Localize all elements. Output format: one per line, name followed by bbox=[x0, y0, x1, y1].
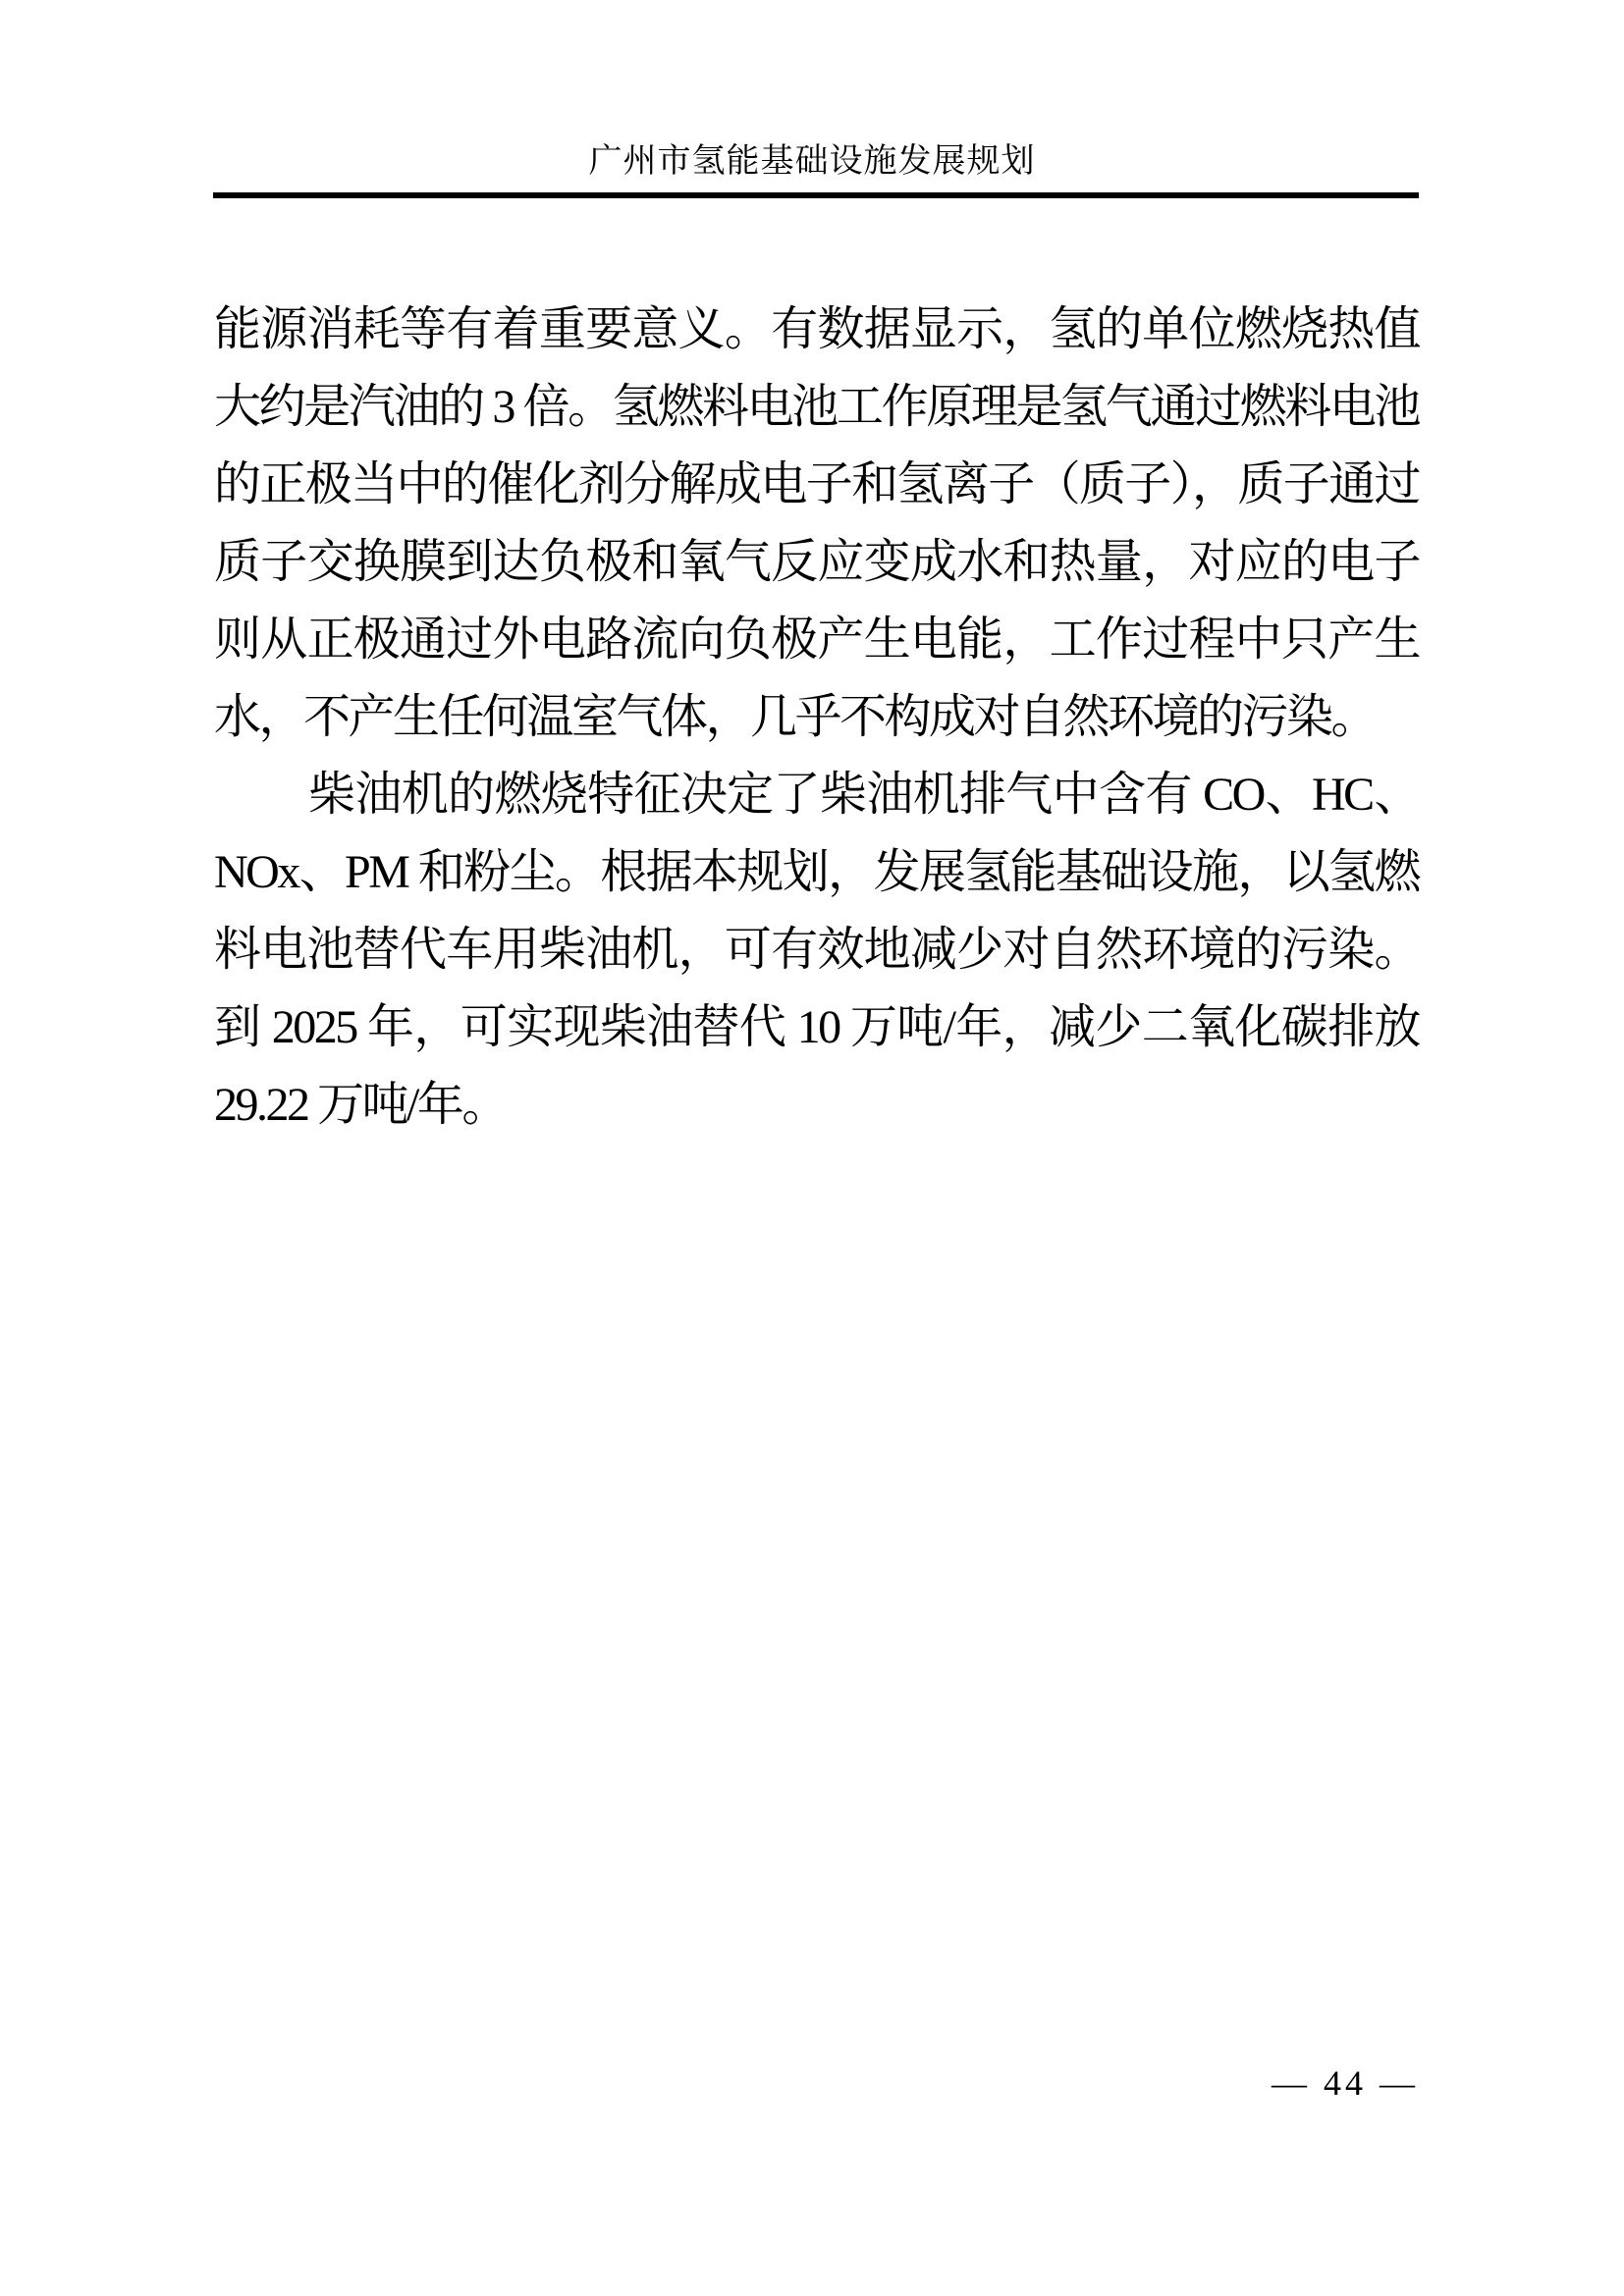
paragraph-diesel-replacement: 柴油机的燃烧特征决定了柴油机排气中含有 CO、HC、NOx、PM 和粉尘。根据本… bbox=[214, 756, 1419, 1144]
page-header: 广州市氢能基础设施发展规划 bbox=[0, 0, 1624, 198]
page-body: 能源消耗等有着重要意义。有数据显示，氢的单位燃烧热值大约是汽油的 3 倍。氢燃料… bbox=[214, 291, 1419, 1144]
header-rule bbox=[213, 192, 1419, 198]
page-footer: — 44 — bbox=[214, 2061, 1419, 2105]
document-page: 广州市氢能基础设施发展规划 能源消耗等有着重要意义。有数据显示，氢的单位燃烧热值… bbox=[0, 0, 1624, 2296]
header-title: 广州市氢能基础设施发展规划 bbox=[0, 140, 1624, 184]
page-number: — 44 — bbox=[1272, 2063, 1419, 2103]
paragraph-hydrogen-fuel-cell: 能源消耗等有着重要意义。有数据显示，氢的单位燃烧热值大约是汽油的 3 倍。氢燃料… bbox=[214, 291, 1419, 756]
